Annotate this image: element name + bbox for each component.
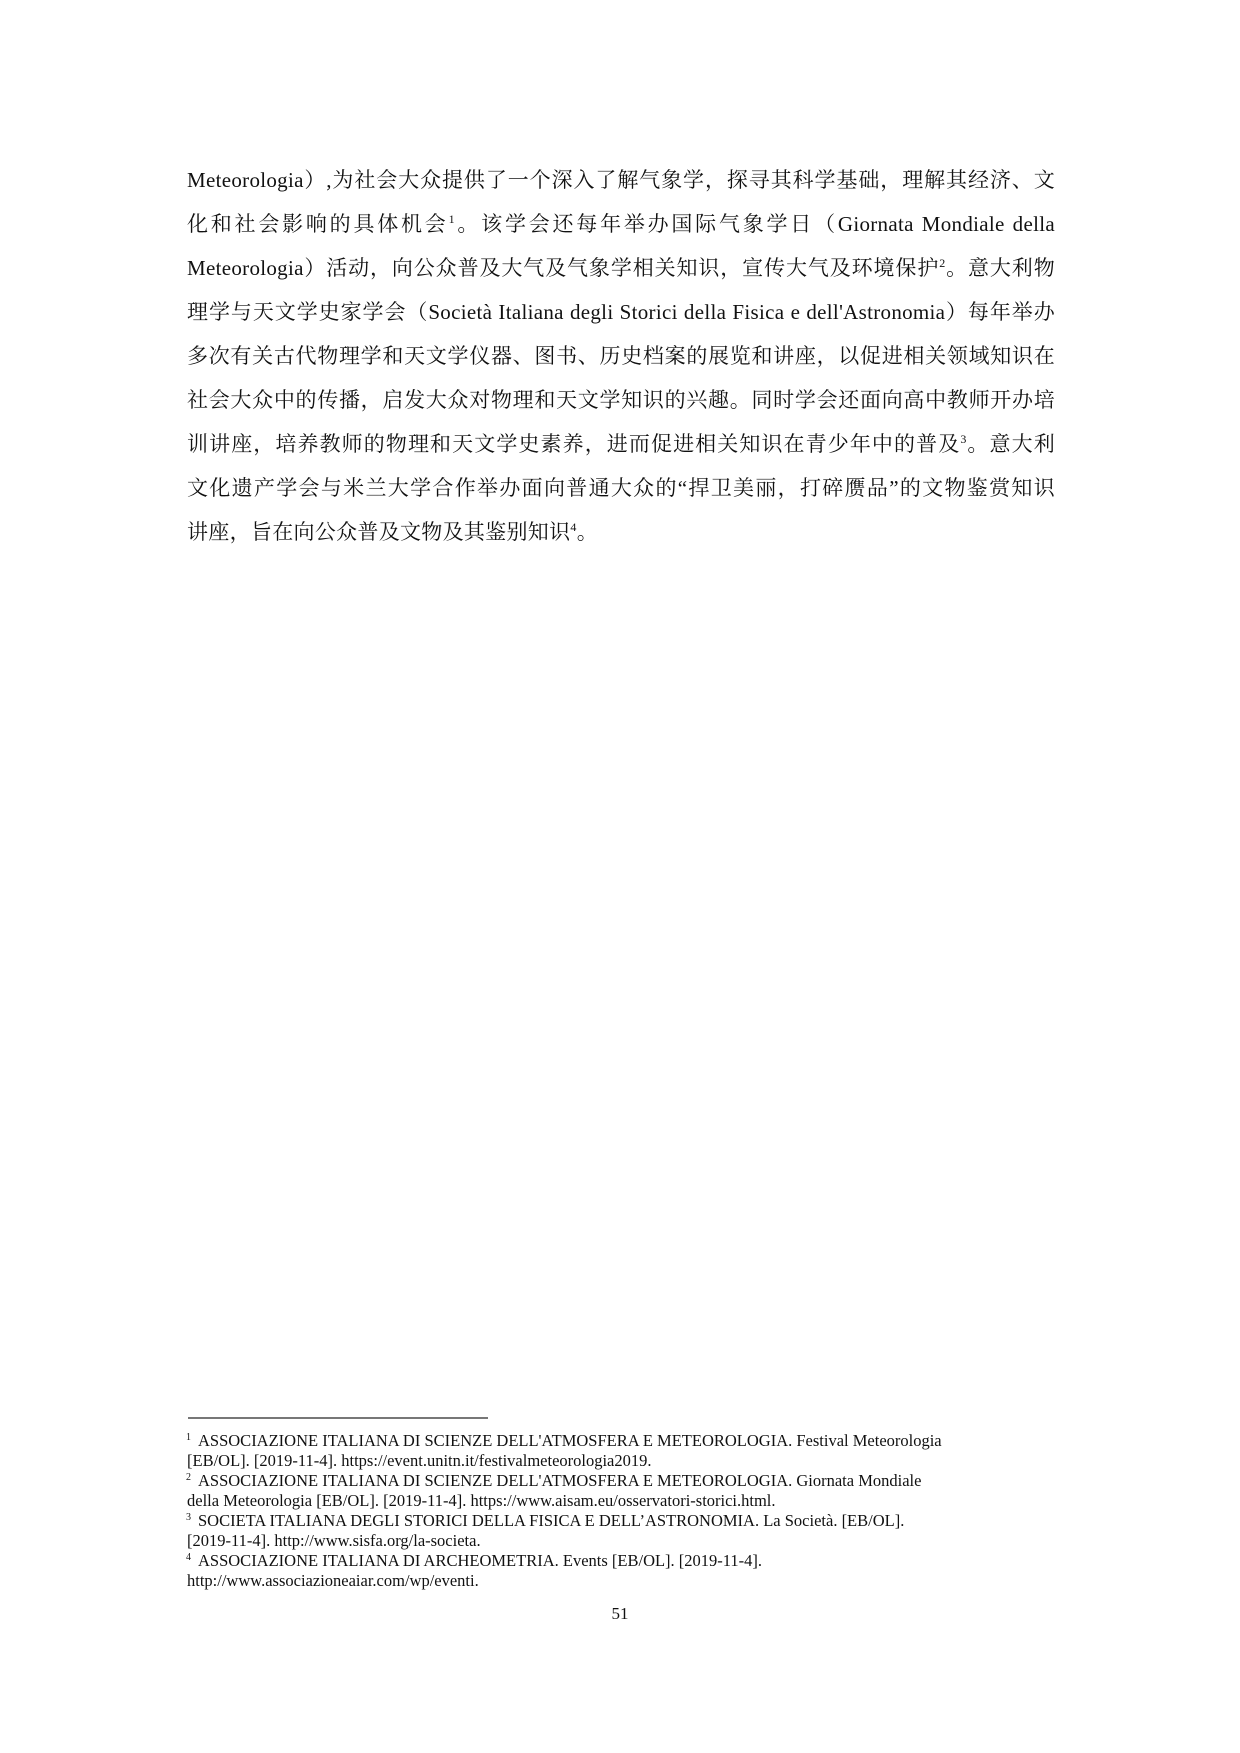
- body-line-text: 化和社会影响的具体机会: [187, 212, 449, 236]
- body-line: 多次有关古代物理学和天文学仪器、图书、历史档案的展览和讲座，以促进相关领域知识在: [187, 334, 1055, 378]
- body-line: Meteorologia）,为社会大众提供了一个深入了解气象学，探寻其科学基础，…: [187, 158, 1055, 202]
- body-line: 化和社会影响的具体机会1。该学会还每年举办国际气象学日（Giornata Mon…: [187, 202, 1055, 246]
- body-line: 理学与天文学史家学会（Società Italiana degli Storic…: [187, 290, 1055, 334]
- footnote-4: 4ASSOCIAZIONE ITALIANA DI ARCHEOMETRIA. …: [186, 1551, 1066, 1591]
- body-line-text: 。意大利物: [946, 256, 1055, 280]
- footnote-line: 3SOCIETA ITALIANA DEGLI STORICI DELLA FI…: [186, 1511, 1066, 1531]
- body-paragraph: Meteorologia）,为社会大众提供了一个深入了解气象学，探寻其科学基础，…: [187, 158, 1055, 554]
- footnote-text: ASSOCIAZIONE ITALIANA DI SCIENZE DELL'AT…: [198, 1431, 942, 1450]
- footnote-text: SOCIETA ITALIANA DEGLI STORICI DELLA FIS…: [198, 1511, 904, 1530]
- body-line-text: 。意大利: [967, 432, 1055, 456]
- body-line: Meteorologia）活动，向公众普及大气及气象学相关知识，宣传大气及环境保…: [187, 246, 1055, 290]
- body-line-text: 训讲座，培养教师的物理和天文学史素养，进而促进相关知识在青少年中的普及: [187, 432, 960, 456]
- body-line-text: Meteorologia）活动，向公众普及大气及气象学相关知识，宣传大气及环境保…: [187, 256, 939, 280]
- body-line-text: 。该学会还每年举办国际气象学日（Giornata Mondiale della: [455, 212, 1055, 236]
- body-line-text: Meteorologia）,为社会大众提供了一个深入了解气象学，探寻其科学基础，…: [187, 168, 1055, 192]
- footnote-1: 1ASSOCIAZIONE ITALIANA DI SCIENZE DELL'A…: [186, 1431, 1066, 1471]
- footnote-2: 2ASSOCIAZIONE ITALIANA DI SCIENZE DELL'A…: [186, 1471, 1066, 1511]
- body-line: 社会大众中的传播，启发大众对物理和天文学知识的兴趣。同时学会还面向高中教师开办培: [187, 378, 1055, 422]
- document-page: Meteorologia）,为社会大众提供了一个深入了解气象学，探寻其科学基础，…: [0, 0, 1240, 1753]
- body-line-text: 。: [577, 520, 598, 544]
- footnotes: 1ASSOCIAZIONE ITALIANA DI SCIENZE DELL'A…: [186, 1431, 1066, 1591]
- footnote-number: 2: [186, 1472, 191, 1483]
- body-line-text: 理学与天文学史家学会（Società Italiana degli Storic…: [187, 300, 1055, 324]
- page-number: 51: [0, 1604, 1240, 1624]
- footnote-separator: [188, 1417, 488, 1419]
- body-line: 训讲座，培养教师的物理和天文学史素养，进而促进相关知识在青少年中的普及3。意大利: [187, 422, 1055, 466]
- body-line-text: 社会大众中的传播，启发大众对物理和天文学知识的兴趣。同时学会还面向高中教师开办培: [187, 388, 1055, 412]
- footnote-text: ASSOCIAZIONE ITALIANA DI SCIENZE DELL'AT…: [198, 1471, 921, 1490]
- footnote-number: 1: [186, 1432, 191, 1443]
- footnote-number: 4: [186, 1552, 191, 1563]
- body-line: 文化遗产学会与米兰大学合作举办面向普通大众的“捍卫美丽，打碎赝品”的文物鉴赏知识: [187, 466, 1055, 510]
- footnote-text: ASSOCIAZIONE ITALIANA DI ARCHEOMETRIA. E…: [198, 1551, 762, 1570]
- footnote-line: della Meteorologia [EB/OL]. [2019-11-4].…: [186, 1491, 1066, 1511]
- footnote-line: [EB/OL]. [2019-11-4]. https://event.unit…: [186, 1451, 1066, 1471]
- footnote-line: 1ASSOCIAZIONE ITALIANA DI SCIENZE DELL'A…: [186, 1431, 1066, 1451]
- footnote-line: http://www.associazioneaiar.com/wp/event…: [186, 1571, 1066, 1591]
- footnote-line: [2019-11-4]. http://www.sisfa.org/la-soc…: [186, 1531, 1066, 1551]
- footnote-3: 3SOCIETA ITALIANA DEGLI STORICI DELLA FI…: [186, 1511, 1066, 1551]
- body-line-text: 讲座，旨在向公众普及文物及其鉴别知识: [187, 520, 570, 544]
- body-line: 讲座，旨在向公众普及文物及其鉴别知识4。: [187, 510, 1055, 554]
- footnote-line: 2ASSOCIAZIONE ITALIANA DI SCIENZE DELL'A…: [186, 1471, 1066, 1491]
- footnote-line: 4ASSOCIAZIONE ITALIANA DI ARCHEOMETRIA. …: [186, 1551, 1066, 1571]
- footnote-number: 3: [186, 1512, 191, 1523]
- body-line-text: 文化遗产学会与米兰大学合作举办面向普通大众的“捍卫美丽，打碎赝品”的文物鉴赏知识: [187, 476, 1055, 500]
- body-line-text: 多次有关古代物理学和天文学仪器、图书、历史档案的展览和讲座，以促进相关领域知识在: [187, 344, 1055, 368]
